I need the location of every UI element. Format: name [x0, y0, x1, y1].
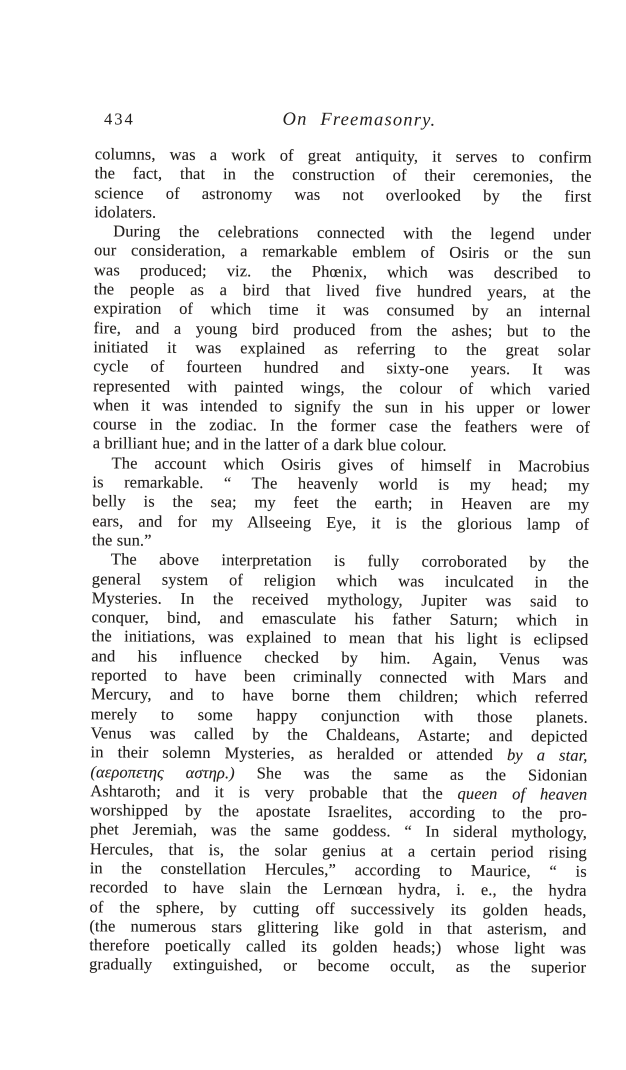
- text-segment: science of astronomy was not overlooked …: [94, 183, 591, 205]
- page-header: 434 On Freemasonry.: [95, 108, 592, 137]
- book-page: 434 On Freemasonry. columns, was a work …: [0, 0, 626, 1070]
- paragraph: The above interpretation is fully corrob…: [89, 550, 589, 978]
- paragraph: During the celebrations connected with t…: [93, 221, 592, 456]
- text-segment: ears, and for my Allseeing Eye, it is th…: [92, 511, 589, 533]
- italic-text: (αεροπετης αστηρ.): [90, 762, 235, 782]
- text-line: ears, and for my Allseeing Eye, it is th…: [92, 511, 589, 534]
- text-line: gradually extinguished, or become occult…: [89, 955, 586, 978]
- text-segment: a brilliant hue; and in the latter of a …: [93, 434, 447, 455]
- text-segment: the sun.”: [92, 530, 152, 549]
- text-segment: She was the same as the Sidonian: [235, 763, 588, 784]
- italic-text: by a star,: [507, 745, 588, 765]
- page-body-text: columns, was a work of great antiquity, …: [89, 144, 592, 977]
- scanned-page-content: 434 On Freemasonry. columns, was a work …: [0, 0, 626, 1070]
- text-segment: Ashtaroth; and it is very probable that …: [90, 781, 457, 803]
- paragraph: The account which Osiris gives of himsel…: [92, 453, 590, 553]
- text-segment: in their solemn Mysteries, as heralded o…: [91, 742, 508, 764]
- running-title: On Freemasonry.: [111, 108, 608, 132]
- text-line: science of astronomy was not overlooked …: [94, 183, 591, 206]
- paragraph: columns, was a work of great antiquity, …: [94, 144, 592, 225]
- text-segment: gradually extinguished, or become occult…: [89, 955, 586, 977]
- italic-text: queen of heaven: [457, 784, 587, 804]
- text-segment: idolaters.: [94, 202, 156, 221]
